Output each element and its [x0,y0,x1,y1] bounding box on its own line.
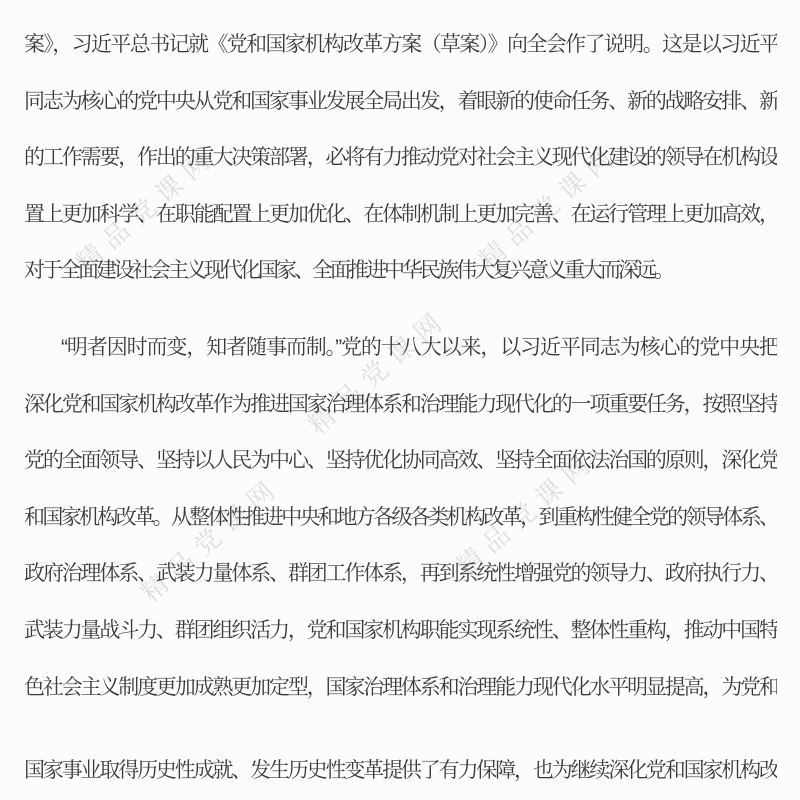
text-line: 案》，习近平总书记就《党和国家机构改革方案（草案）》向全会作了说明。这是以习近平 [24,17,777,74]
text-line: 国家事业取得历史性成就、发生历史性变革提供了有力保障，也为继续深化党和国家机构改 [24,743,777,800]
paragraph-1-continuation: 案》，习近平总书记就《党和国家机构改革方案（草案）》向全会作了说明。这是以习近平… [24,17,777,300]
text-line: 置上更加科学、在职能配置上更加优化、在体制机制上更加完善、在运行管理上更加高效， [24,187,777,244]
text-line: “明者因时而变，知者随事而制。”党的十八大以来，以习近平同志为核心的党中央把 [24,320,777,377]
paragraph-2-continuation: 国家事业取得历史性成就、发生历史性变革提供了有力保障，也为继续深化党和国家机构改 [24,743,777,800]
text-line: 的工作需要，作出的重大决策部署，必将有力推动党对社会主义现代化建设的领导在机构设 [24,130,777,187]
document-body: 案》，习近平总书记就《党和国家机构改革方案（草案）》向全会作了说明。这是以习近平… [24,17,777,800]
text-line: 深化党和国家机构改革作为推进国家治理体系和治理能力现代化的一项重要任务，按照坚持 [24,377,777,434]
paragraph-2: “明者因时而变，知者随事而制。”党的十八大以来，以习近平同志为核心的党中央把深化… [24,320,777,716]
text-line: 党的全面领导、坚持以人民为中心、坚持优化协同高效、坚持全面依法治国的原则，深化党 [24,433,777,490]
text-line: 色社会主义制度更加成熟更加定型，国家治理体系和治理能力现代化水平明显提高，为党和 [24,660,777,717]
text-line: 政府治理体系、武装力量体系、群团工作体系，再到系统性增强党的领导力、政府执行力、 [24,546,777,603]
text-line: 武装力量战斗力、群团组织活力，党和国家机构职能实现系统性、整体性重构，推动中国特 [24,603,777,660]
text-line: 对于全面建设社会主义现代化国家、全面推进中华民族伟大复兴意义重大而深远。 [24,243,777,300]
text-line: 同志为核心的党中央从党和国家事业发展全局出发，着眼新的使命任务、新的战略安排、新 [24,74,777,131]
text-line: 和国家机构改革。从整体性推进中央和地方各级各类机构改革，到重构性健全党的领导体系… [24,490,777,547]
document-page: 精品党课网精品党课网精品党课网精品党课网精品党课网 案》，习近平总书记就《党和国… [0,0,800,800]
